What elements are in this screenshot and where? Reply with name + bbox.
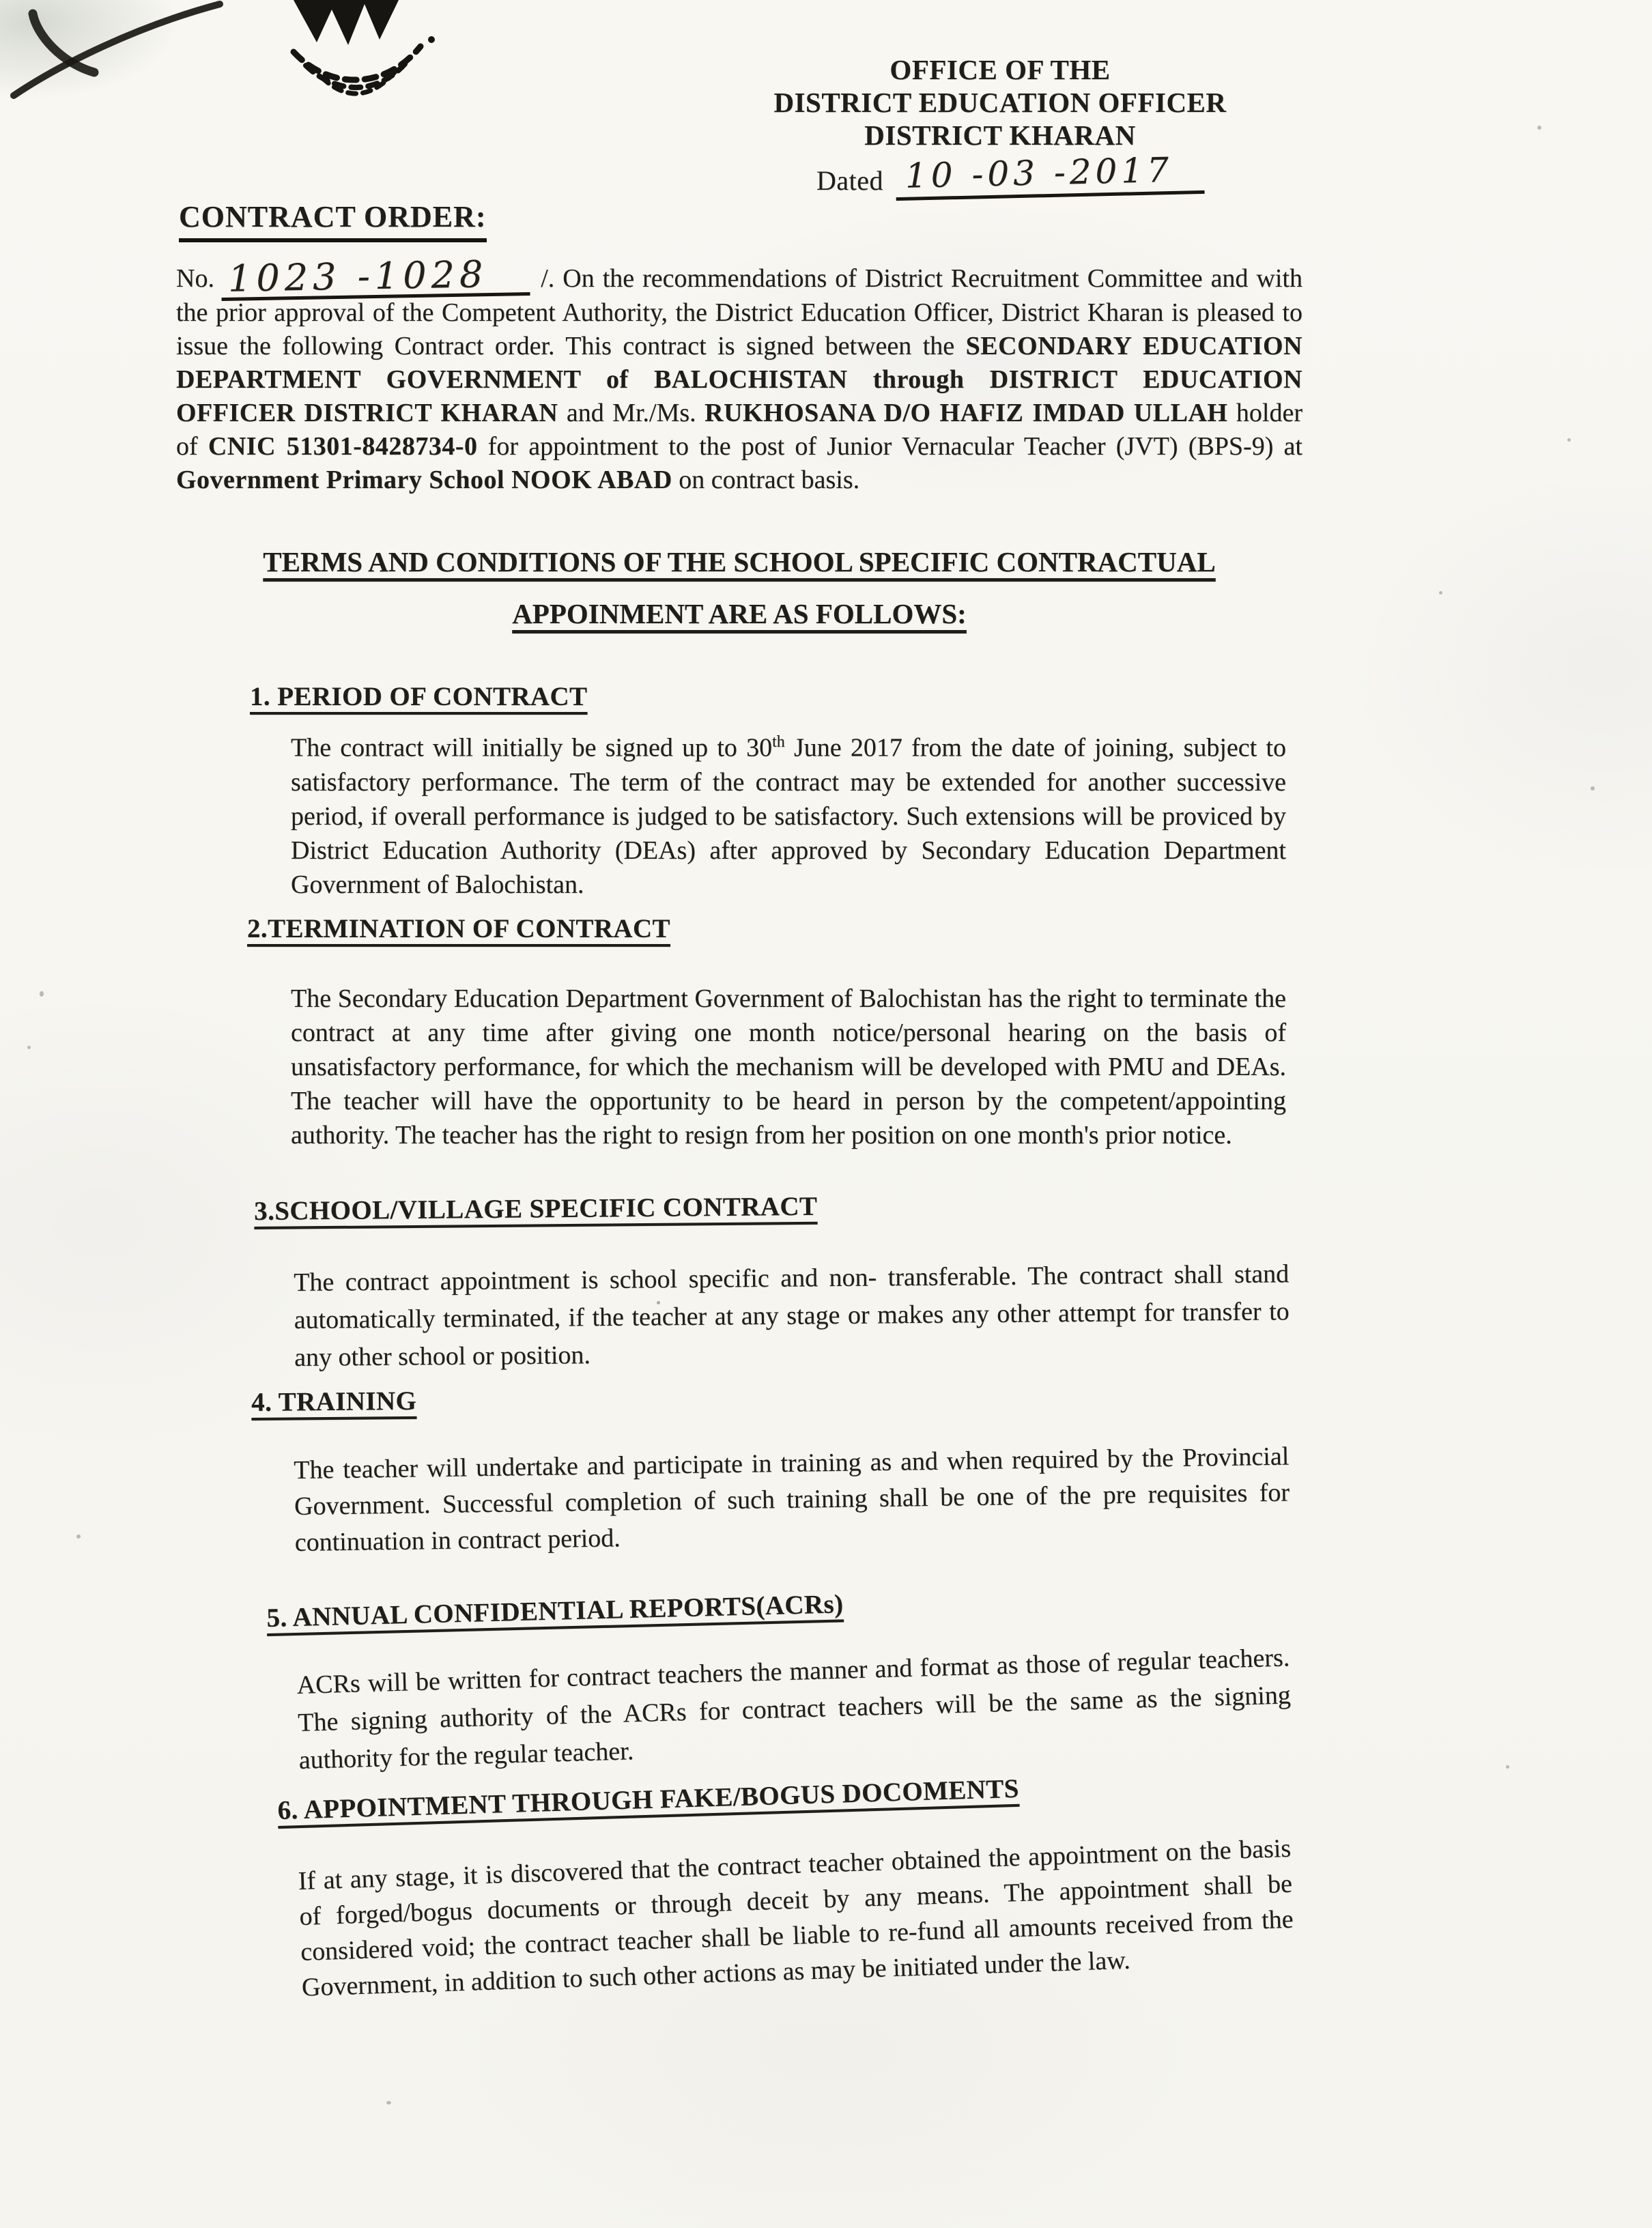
dated-value-handwritten: 10 -03 -2017 bbox=[895, 152, 1204, 201]
scan-noise-speck bbox=[657, 1301, 660, 1304]
section-4-heading: 4. TRAINING bbox=[251, 1386, 416, 1418]
terms-heading-line-1: TERMS AND CONDITIONS OF THE SCHOOL SPECI… bbox=[176, 546, 1302, 577]
section-1-body-text: The contract will initially be signed up… bbox=[291, 734, 772, 762]
pen-scribble-mark bbox=[0, 0, 233, 112]
letterhead: OFFICE OF THE DISTRICT EDUCATION OFFICER… bbox=[683, 53, 1318, 197]
scan-noise-speck bbox=[1591, 786, 1595, 790]
terms-heading-line-1-text: TERMS AND CONDITIONS OF THE SCHOOL SPECI… bbox=[263, 546, 1215, 577]
section-2-heading: 2.TERMINATION OF CONTRACT bbox=[247, 913, 670, 944]
section-5-heading: 5. ANNUAL CONFIDENTIAL REPORTS(ACRs) bbox=[266, 1588, 844, 1633]
scanned-contract-order-page: OFFICE OF THE DISTRICT EDUCATION OFFICER… bbox=[0, 0, 1652, 2228]
section-6-body: If at any stage, it is discovered that t… bbox=[298, 1831, 1295, 2005]
section-1-heading: 1. PERIOD OF CONTRACT bbox=[250, 681, 587, 712]
order-intro-paragraph: No.1023 -1028/. On the recommendations o… bbox=[176, 254, 1302, 497]
ordinal-suffix: th bbox=[772, 733, 785, 751]
government-crest-icon bbox=[273, 0, 457, 119]
scan-noise-speck bbox=[1567, 438, 1571, 442]
section-1-body: The contract will initially be signed up… bbox=[291, 725, 1286, 902]
intro-bold-teacher-name: RUKHOSANA D/O HAFIZ IMDAD ULLAH bbox=[704, 399, 1227, 427]
scan-noise-speck bbox=[386, 2101, 391, 2104]
section-2-body: The Secondary Education Department Gover… bbox=[291, 982, 1286, 1152]
scan-noise-speck bbox=[1439, 591, 1442, 595]
dated-label: Dated bbox=[816, 165, 883, 197]
terms-heading-line-2: APPOINMENT ARE AS FOLLOWS: bbox=[176, 598, 1302, 629]
scan-noise-speck bbox=[1506, 1765, 1509, 1769]
intro-text: for appointment to the post of Junior Ve… bbox=[478, 432, 1302, 461]
scan-noise-speck bbox=[1537, 126, 1541, 130]
intro-bold-school: Government Primary School NOOK ABAD bbox=[176, 466, 672, 494]
dated-row: Dated 10 -03 -2017 bbox=[683, 156, 1318, 197]
terms-and-conditions-heading: TERMS AND CONDITIONS OF THE SCHOOL SPECI… bbox=[176, 546, 1302, 629]
document-title: CONTRACT ORDER: bbox=[179, 199, 487, 242]
intro-bold-cnic: CNIC 51301-8428734-0 bbox=[208, 432, 478, 461]
section-5-body: ACRs will be written for contract teache… bbox=[296, 1639, 1292, 1780]
section-6-heading: 6. APPOINTMENT THROUGH FAKE/BOGUS DOCOME… bbox=[277, 1773, 1019, 1826]
section-3-heading: 3.SCHOOL/VILLAGE SPECIFIC CONTRACT bbox=[254, 1191, 818, 1227]
intro-text: on contract basis. bbox=[672, 466, 859, 494]
section-3-body: The contract appointment is school speci… bbox=[294, 1255, 1290, 1377]
order-number-handwritten: 1023 -1028 bbox=[220, 253, 530, 301]
office-line-2: DISTRICT EDUCATION OFFICER bbox=[683, 86, 1318, 119]
order-number-label: No. bbox=[176, 264, 214, 293]
terms-heading-line-2-text: APPOINMENT ARE AS FOLLOWS: bbox=[512, 598, 967, 629]
scan-noise-speck bbox=[27, 1046, 31, 1049]
office-line-3: DISTRICT KHARAN bbox=[683, 119, 1318, 152]
office-line-1: OFFICE OF THE bbox=[683, 53, 1318, 86]
document-title-text: CONTRACT ORDER: bbox=[179, 199, 487, 242]
scan-noise-speck bbox=[76, 1534, 81, 1539]
section-4-body: The teacher will undertake and participa… bbox=[294, 1439, 1290, 1561]
scan-noise-speck bbox=[40, 991, 44, 997]
intro-text: and Mr./Ms. bbox=[558, 399, 704, 427]
